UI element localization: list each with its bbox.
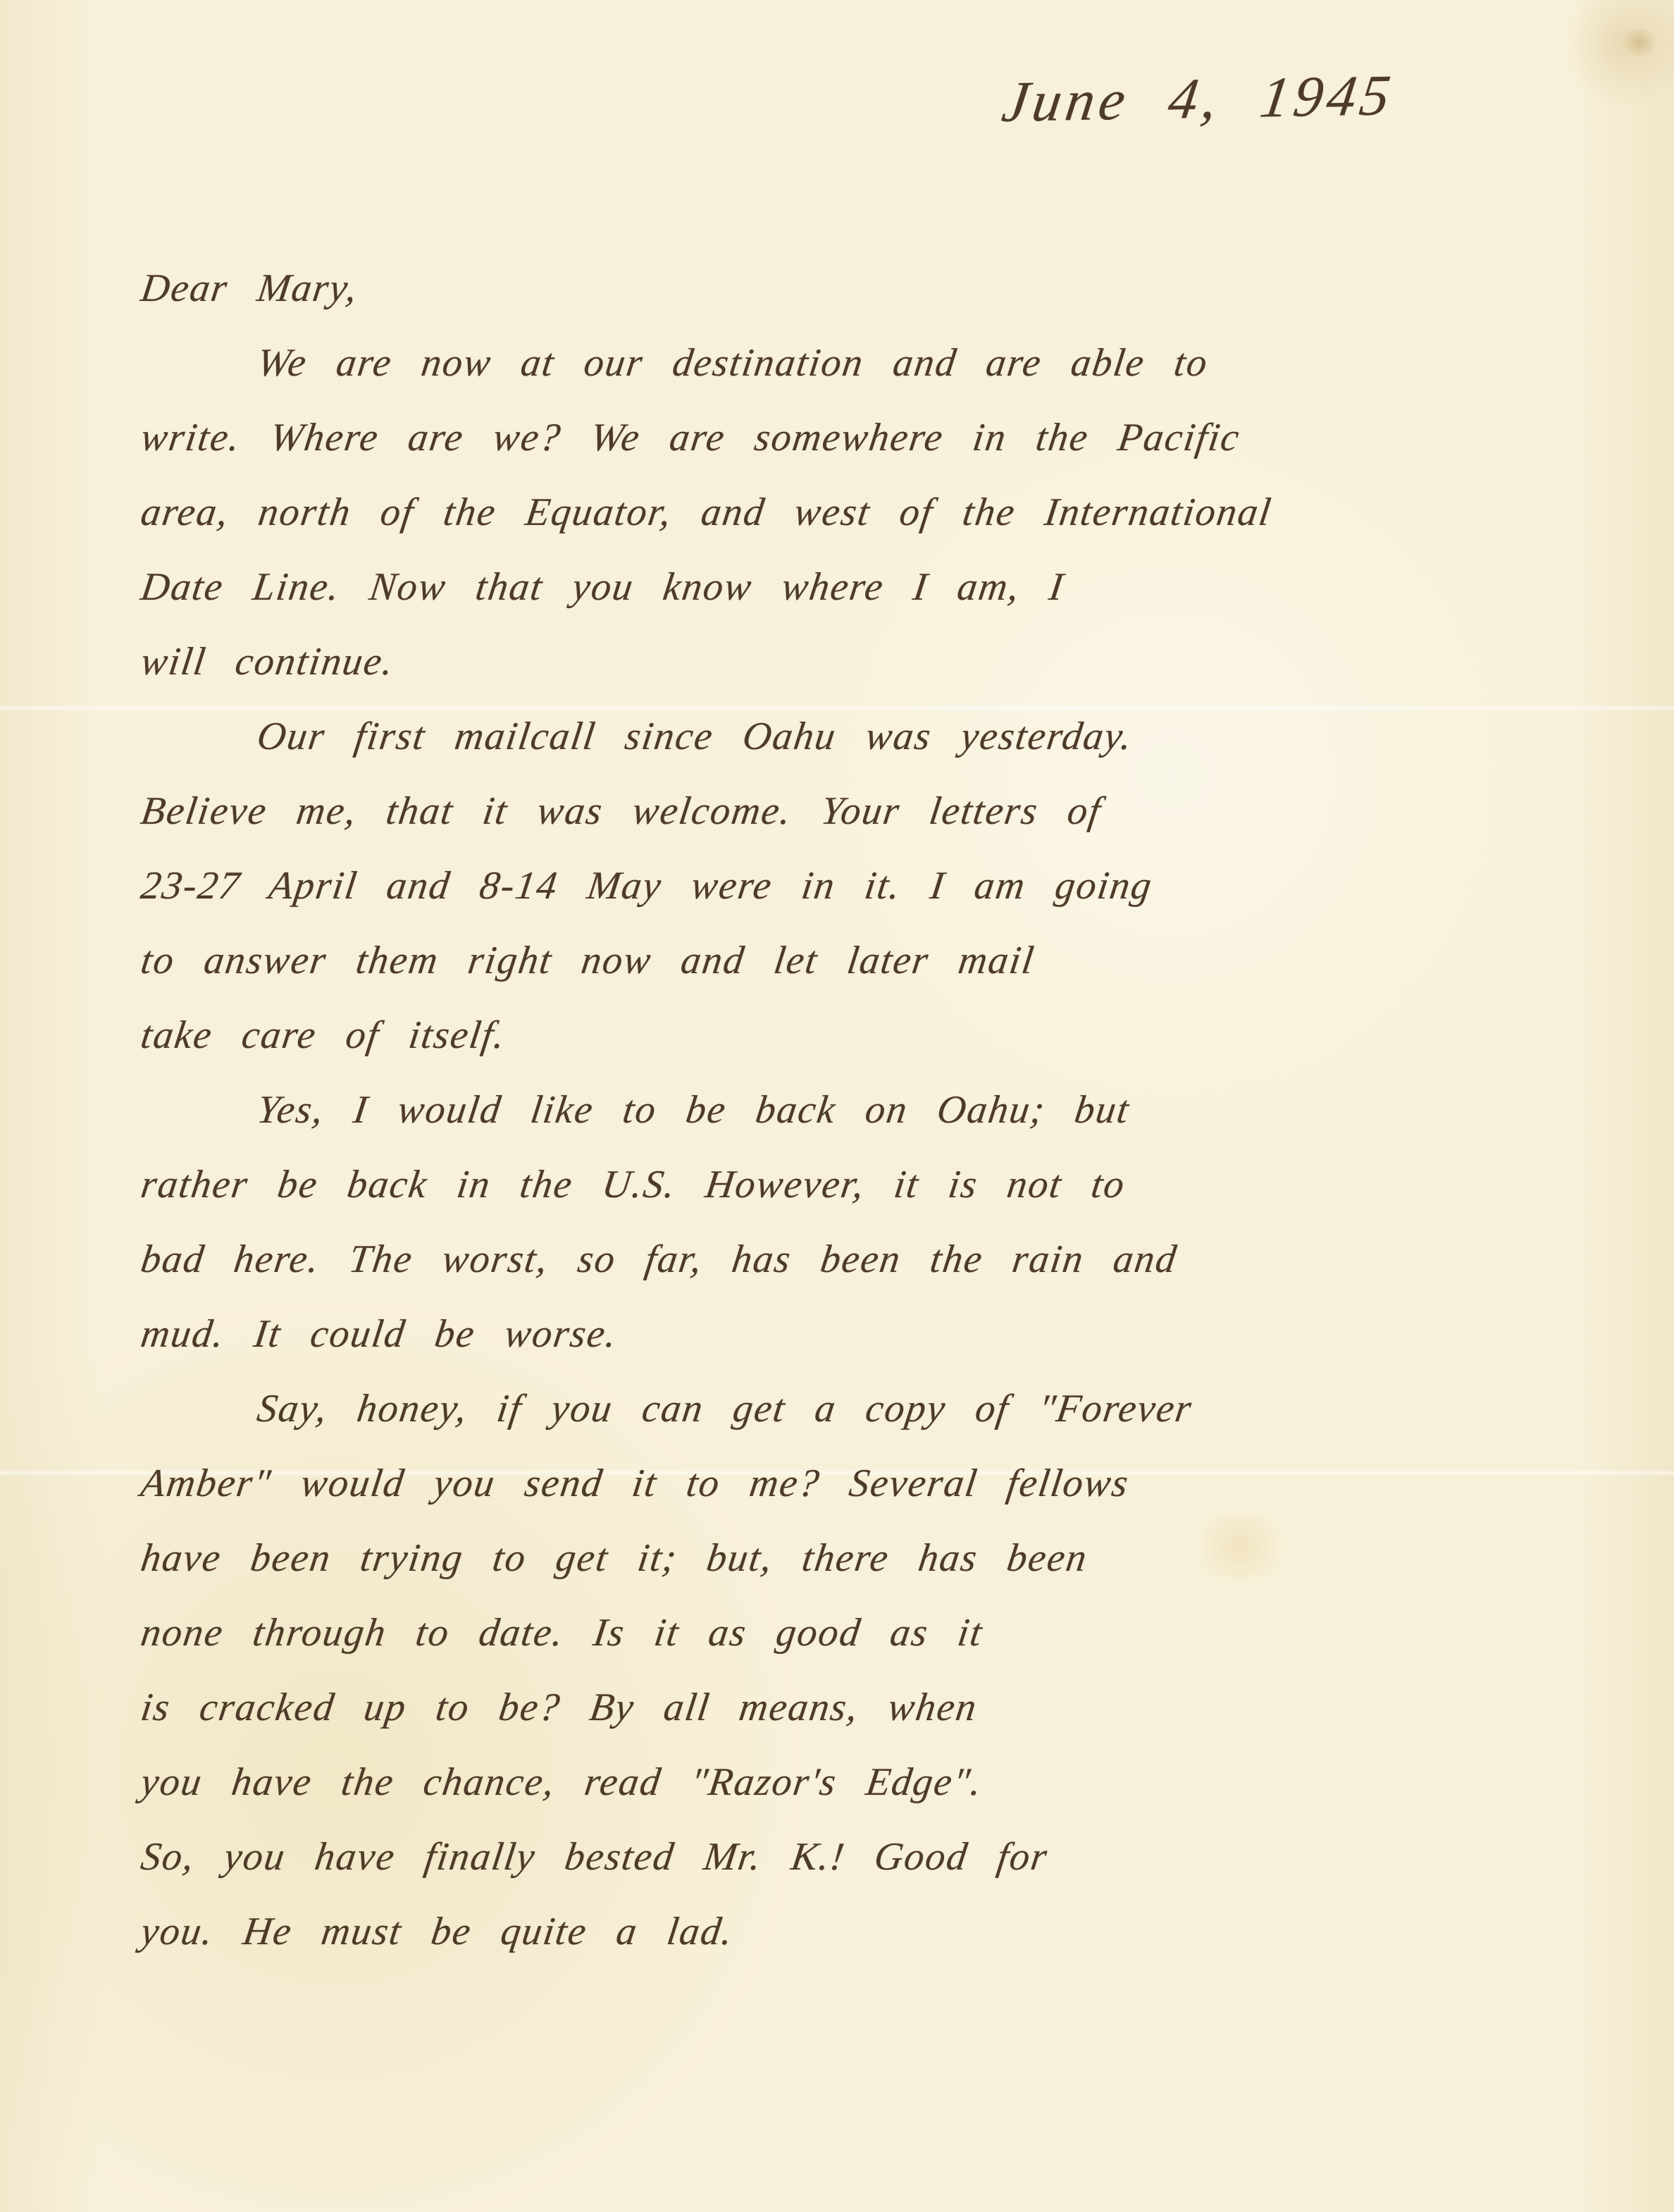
letter-line: you. He must be quite a lad. (136, 1894, 1618, 1969)
letter-line: So, you have finally bested Mr. K.! Good… (136, 1819, 1618, 1894)
letter-line: will continue. (136, 624, 1618, 699)
letter-line: area, north of the Equator, and west of … (136, 475, 1618, 550)
letter-line: Amber" would you send it to me? Several … (136, 1446, 1618, 1521)
letter-line: write. Where are we? We are somewhere in… (136, 400, 1618, 475)
letter-line: We are now at our destination and are ab… (136, 326, 1618, 400)
letter-date: June 4, 1945 (998, 62, 1399, 135)
letter-paragraphs: We are now at our destination and are ab… (147, 326, 1618, 1969)
paragraph: We are now at our destination and are ab… (147, 326, 1618, 699)
letter-line: is cracked up to be? By all means, when (136, 1670, 1618, 1745)
letter-line: 23-27 April and 8-14 May were in it. I a… (136, 848, 1618, 923)
letter-line: Date Line. Now that you know where I am,… (136, 550, 1618, 624)
letter-line: Believe me, that it was welcome. Your le… (136, 774, 1618, 848)
paragraph: Say, honey, if you can get a copy of "Fo… (147, 1371, 1618, 1969)
letter-page: June 4, 1945 Dear Mary, We are now at ou… (0, 0, 1674, 2212)
letter-line: you have the chance, read "Razor's Edge"… (136, 1745, 1618, 1819)
letter-line: none through to date. Is it as good as i… (136, 1595, 1618, 1670)
salutation: Dear Mary, (136, 251, 1618, 326)
letter-line: have been trying to get it; but, there h… (136, 1521, 1618, 1595)
letter-line: bad here. The worst, so far, has been th… (136, 1222, 1618, 1297)
letter-line: Yes, I would like to be back on Oahu; bu… (136, 1073, 1618, 1147)
letter-line: Say, honey, if you can get a copy of "Fo… (136, 1371, 1618, 1446)
letter-line: to answer them right now and let later m… (136, 923, 1618, 998)
letter-line: take care of itself. (136, 998, 1618, 1073)
letter-body: Dear Mary, We are now at our destination… (147, 251, 1618, 1969)
letter-line: Our first mailcall since Oahu was yester… (136, 699, 1618, 774)
paragraph: Our first mailcall since Oahu was yester… (147, 699, 1618, 1073)
paragraph: Yes, I would like to be back on Oahu; bu… (147, 1073, 1618, 1371)
letter-line: rather be back in the U.S. However, it i… (136, 1147, 1618, 1222)
letter-line: mud. It could be worse. (136, 1297, 1618, 1371)
paper-stain (1620, 28, 1658, 56)
